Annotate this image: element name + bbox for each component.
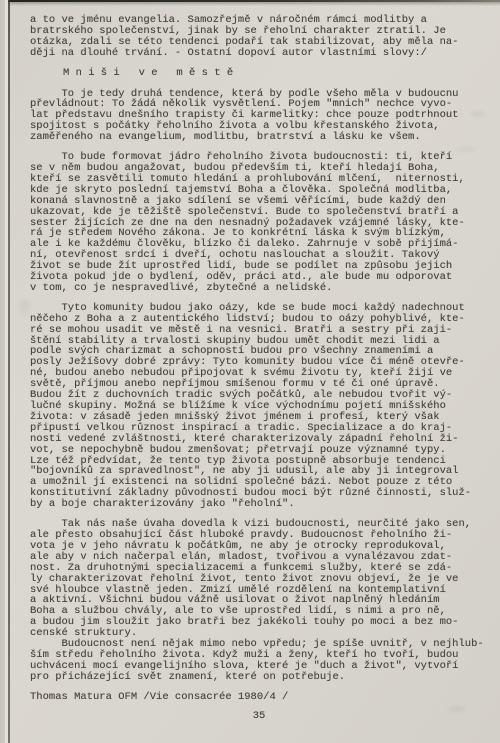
scan-smudge: [20, 300, 30, 314]
scan-top-edge-shadow: [0, 2, 500, 6]
body-paragraph: Tak nás naše úvaha dovedla k vizi budouc…: [30, 519, 488, 639]
body-paragraph: Budoucnost není nějak mimo nebo vpředu; …: [30, 639, 488, 683]
scan-left-binding-line: [8, 0, 10, 743]
page-number: 35: [30, 711, 488, 722]
intro-paragraph: a to ve jménu evangelia. Samozřejmě v ná…: [30, 15, 488, 59]
author-attribution-line: Thomas Matura OFM /Vie consacrée 1980/4 …: [30, 692, 488, 703]
body-paragraph: Tyto komunity budou jako oázy, kde se bu…: [30, 303, 488, 510]
section-heading: M n i š i v e m ě s t ě: [30, 68, 488, 79]
body-paragraph: To bude formovat jádro řeholního života …: [30, 152, 488, 294]
body-paragraph: To je tedy druhá tendence, která by podl…: [30, 89, 488, 144]
text-column: a to ve jménu evangelia. Samozřejmě v ná…: [30, 15, 488, 721]
scanned-document-page: a to ve jménu evangelia. Samozřejmě v ná…: [0, 0, 500, 743]
